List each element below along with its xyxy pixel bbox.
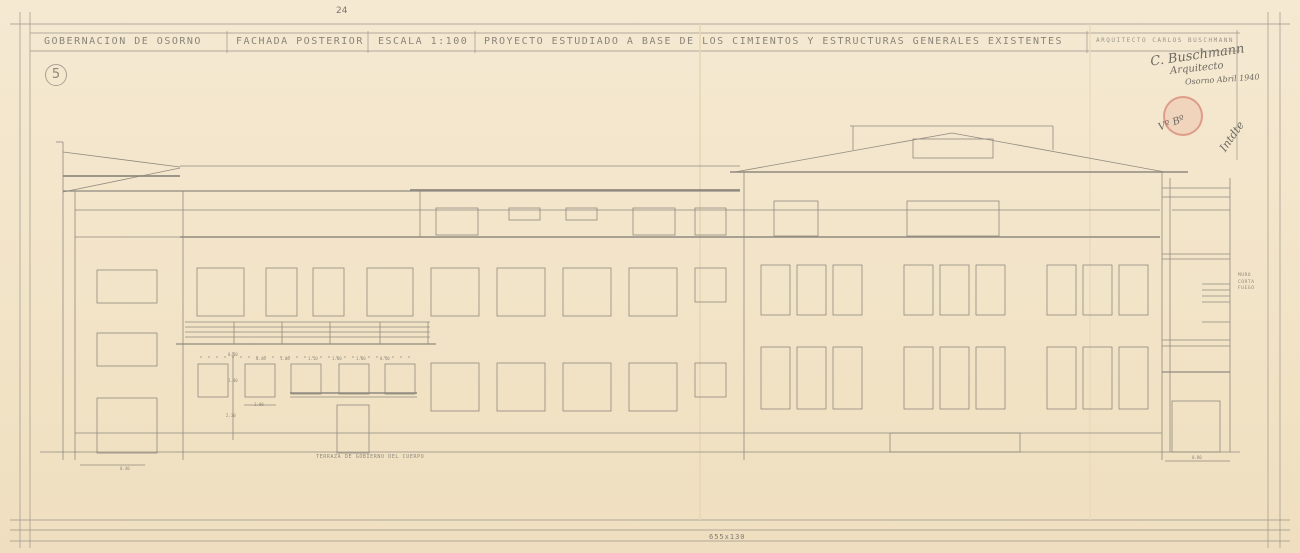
title-client: GOBERNACION DE OSORNO — [44, 36, 202, 47]
building-elevation — [40, 126, 1240, 465]
elevation-drawing — [0, 0, 1300, 553]
drawing-sheet: 24 GOBERNACION DE OSORNO FACHADA POSTERI… — [0, 0, 1300, 553]
page-mark: 24 — [336, 6, 347, 16]
dimension-label: 1.00 — [254, 402, 264, 407]
title-project: PROYECTO ESTUDIADO A BASE DE LOS CIMIENT… — [484, 36, 1063, 47]
sheet-number: 5 — [45, 64, 67, 86]
dimension-label: 1.00 — [228, 378, 238, 383]
terrace-caption: TERRAZA DE GOBIERNO DEL CUERPO — [316, 454, 424, 460]
dimension-label: 0.40 — [256, 356, 266, 361]
title-architect-credit: ARQUITECTO CARLOS BUSCHMANN — [1096, 37, 1234, 44]
firewall-label: MURO CORTA FUEGO — [1238, 273, 1255, 293]
title-drawing: FACHADA POSTERIOR — [236, 36, 364, 47]
title-scale: ESCALA 1:100 — [378, 36, 468, 47]
dimension-label: 1.00 — [356, 356, 366, 361]
dimension-label: 0.40 — [120, 466, 130, 471]
dimension-label: 1.00 — [280, 356, 290, 361]
dimension-label: 0.30 — [228, 352, 238, 357]
sheet-size-ref: 655x130 — [709, 533, 746, 541]
dimension-label: 0.40 — [380, 356, 390, 361]
dimension-label: 0.80 — [1192, 455, 1202, 460]
dimension-label: 2.30 — [226, 413, 236, 418]
dimension-label: 1.10 — [308, 356, 318, 361]
dimension-label: 1.00 — [332, 356, 342, 361]
